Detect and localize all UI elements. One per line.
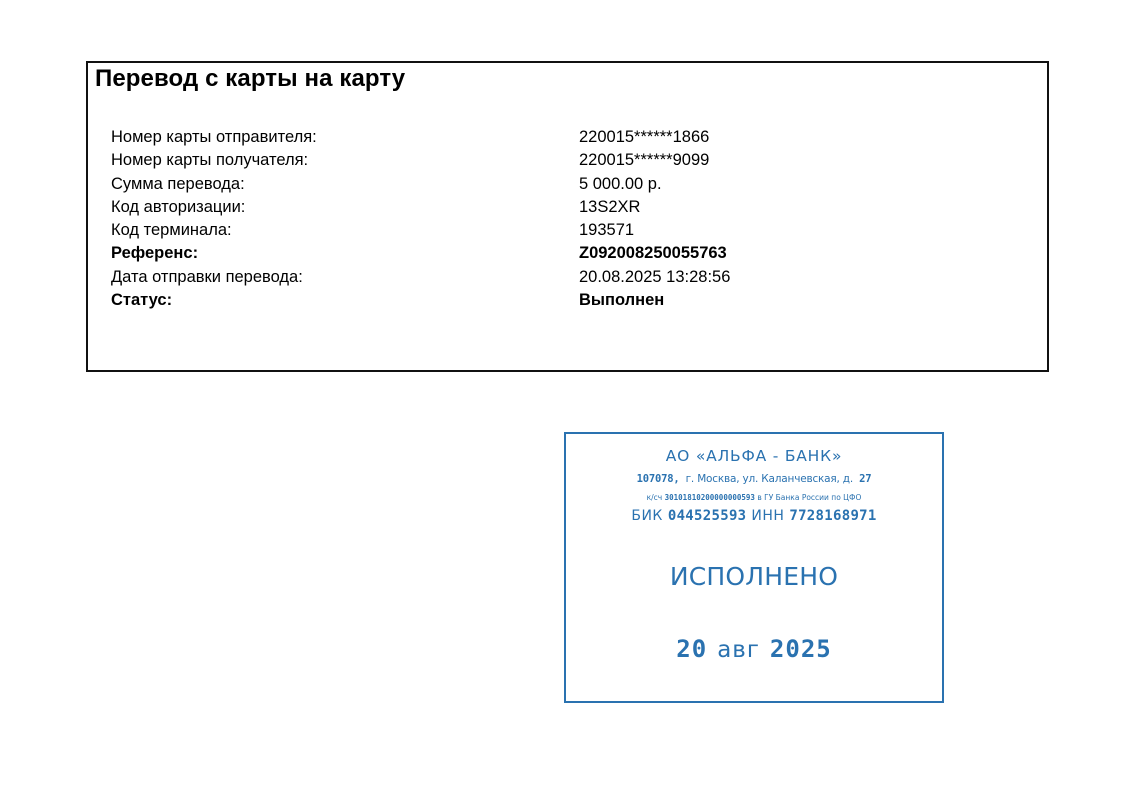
amount-value: 5 000.00 р.: [579, 173, 662, 196]
stamp-bank-name: АО «АЛЬФА - БАНК»: [566, 447, 942, 465]
stamp-status: ИСПОЛНЕНО: [566, 562, 942, 591]
transfer-receipt: Перевод с карты на карту Номер карты отп…: [86, 61, 1049, 372]
stamp-date-month: авг: [717, 637, 760, 663]
stamp-address: 107078, г. Москва, ул. Каланчевская, д. …: [566, 473, 942, 485]
reference-label: Референс:: [111, 242, 198, 265]
stamp-inn-value: 7728168971: [789, 508, 876, 524]
stamp-account-suffix: в ГУ Банка России по ЦФО: [757, 493, 861, 502]
bank-stamp: АО «АЛЬФА - БАНК» 107078, г. Москва, ул.…: [564, 432, 944, 703]
sender-card-value: 220015******1866: [579, 126, 709, 149]
amount-label: Сумма перевода:: [111, 173, 245, 196]
stamp-inn-label: ИНН: [751, 508, 784, 524]
row-sent-date: Дата отправки перевода: 20.08.2025 13:28…: [111, 266, 1031, 289]
stamp-address-index: 107078,: [637, 473, 680, 485]
row-sender-card: Номер карты отправителя: 220015******186…: [111, 126, 1031, 149]
recipient-card-label: Номер карты получателя:: [111, 149, 308, 172]
terminal-code-value: 193571: [579, 219, 634, 242]
row-status: Статус: Выполнен: [111, 289, 1031, 312]
auth-code-value: 13S2XR: [579, 196, 640, 219]
status-label: Статус:: [111, 289, 172, 312]
sent-date-label: Дата отправки перевода:: [111, 266, 303, 289]
stamp-address-text: г. Москва, ул. Каланчевская, д.: [686, 473, 853, 485]
row-amount: Сумма перевода: 5 000.00 р.: [111, 173, 1031, 196]
stamp-account: к/сч 30101810200000000593 в ГУ Банка Рос…: [566, 493, 942, 502]
receipt-details: Номер карты отправителя: 220015******186…: [111, 126, 1031, 312]
stamp-account-number: 30101810200000000593: [665, 493, 755, 502]
terminal-code-label: Код терминала:: [111, 219, 232, 242]
stamp-date-day: 20: [676, 635, 707, 663]
row-terminal-code: Код терминала: 193571: [111, 219, 1031, 242]
stamp-account-prefix: к/сч: [647, 493, 663, 502]
stamp-date-year: 2025: [770, 635, 832, 663]
stamp-address-house: 27: [859, 473, 871, 485]
stamp-bik-label: БИК: [631, 508, 663, 524]
stamp-ids: БИК 044525593 ИНН 7728168971: [566, 508, 942, 524]
recipient-card-value: 220015******9099: [579, 149, 709, 172]
row-auth-code: Код авторизации: 13S2XR: [111, 196, 1031, 219]
stamp-date: 20авг2025: [566, 635, 942, 663]
receipt-title: Перевод с карты на карту: [95, 65, 405, 93]
status-value: Выполнен: [579, 289, 664, 312]
sent-date-value: 20.08.2025 13:28:56: [579, 266, 730, 289]
stamp-bik-value: 044525593: [668, 508, 747, 524]
auth-code-label: Код авторизации:: [111, 196, 245, 219]
sender-card-label: Номер карты отправителя:: [111, 126, 317, 149]
row-recipient-card: Номер карты получателя: 220015******9099: [111, 149, 1031, 172]
row-reference: Референс: Z092008250055763: [111, 242, 1031, 265]
reference-value: Z092008250055763: [579, 242, 727, 265]
